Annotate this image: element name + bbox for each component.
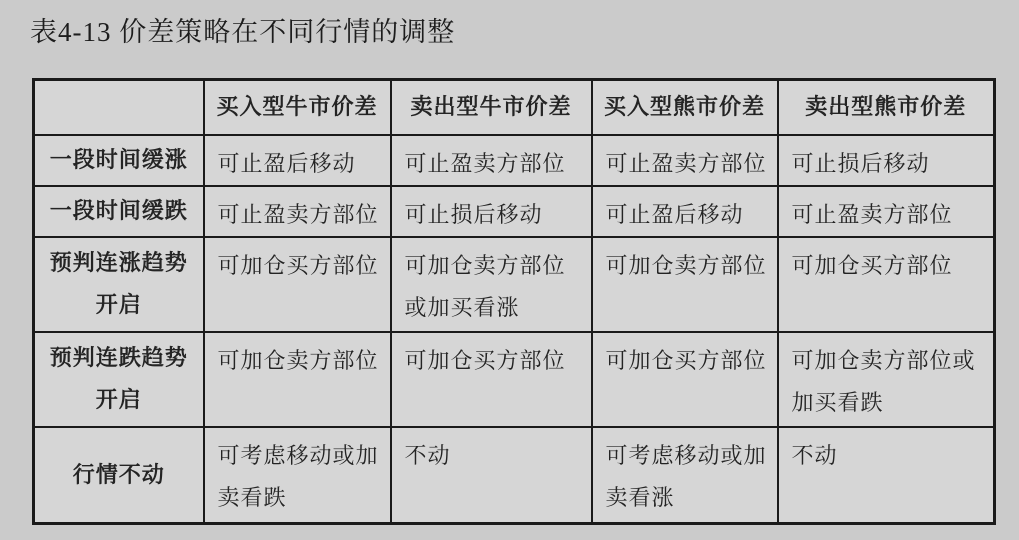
- table-row-slow-fall: 一段时间缓跌 可止盈卖方部位 可止损后移动 可止盈后移动 可止盈卖方部位: [34, 186, 995, 237]
- table-cell: 可加仓卖方部位 或加买看涨: [391, 237, 592, 332]
- row-label: 一段时间缓涨: [34, 135, 204, 186]
- table-cell: 不动: [391, 427, 592, 524]
- table-cell: 可加仓买方部位: [778, 237, 995, 332]
- table-header-row: 买入型牛市价差 卖出型牛市价差 买入型熊市价差 卖出型熊市价差: [34, 80, 995, 135]
- table-caption: 表4-13 价差策略在不同行情的调整: [30, 10, 455, 49]
- table-cell: 不动: [778, 427, 995, 524]
- row-label: 预判连涨趋势 开启: [34, 237, 204, 332]
- table-cell: 可止盈后移动: [204, 135, 391, 186]
- row-label: 预判连跌趋势 开启: [34, 332, 204, 427]
- header-cell-sell-bull-spread: 卖出型牛市价差: [391, 80, 592, 135]
- table-cell: 可止盈后移动: [592, 186, 778, 237]
- table-cell: 可加仓卖方部位或 加买看跌: [778, 332, 995, 427]
- table-cell: 可止损后移动: [778, 135, 995, 186]
- table-cell: 可考虑移动或加 卖看跌: [204, 427, 391, 524]
- header-cell-empty: [34, 80, 204, 135]
- table-cell: 可加仓买方部位: [391, 332, 592, 427]
- header-cell-sell-bear-spread: 卖出型熊市价差: [778, 80, 995, 135]
- table-row-downtrend-expected: 预判连跌趋势 开启 可加仓卖方部位 可加仓买方部位 可加仓买方部位 可加仓卖方部…: [34, 332, 995, 427]
- table-cell: 可止盈卖方部位: [592, 135, 778, 186]
- header-cell-buy-bull-spread: 买入型牛市价差: [204, 80, 391, 135]
- table-cell: 可加仓卖方部位: [204, 332, 391, 427]
- table-cell: 可止盈卖方部位: [204, 186, 391, 237]
- table-row-uptrend-expected: 预判连涨趋势 开启 可加仓买方部位 可加仓卖方部位 或加买看涨 可加仓卖方部位 …: [34, 237, 995, 332]
- table-cell: 可止盈卖方部位: [391, 135, 592, 186]
- table-cell: 可止损后移动: [391, 186, 592, 237]
- table-cell: 可加仓买方部位: [592, 332, 778, 427]
- table-row-market-flat: 行情不动 可考虑移动或加 卖看跌 不动 可考虑移动或加 卖看涨 不动: [34, 427, 995, 524]
- table-cell: 可加仓买方部位: [204, 237, 391, 332]
- table-cell: 可加仓卖方部位: [592, 237, 778, 332]
- table-cell: 可考虑移动或加 卖看涨: [592, 427, 778, 524]
- row-label: 一段时间缓跌: [34, 186, 204, 237]
- header-cell-buy-bear-spread: 买入型熊市价差: [592, 80, 778, 135]
- document-page: 表4-13 价差策略在不同行情的调整 买入型牛市价差 卖出型牛市价差 买入型熊市…: [0, 0, 1019, 540]
- row-label: 行情不动: [34, 427, 204, 524]
- table-row-slow-rise: 一段时间缓涨 可止盈后移动 可止盈卖方部位 可止盈卖方部位 可止损后移动: [34, 135, 995, 186]
- spread-strategy-table: 买入型牛市价差 卖出型牛市价差 买入型熊市价差 卖出型熊市价差 一段时间缓涨 可…: [32, 78, 996, 525]
- table-cell: 可止盈卖方部位: [778, 186, 995, 237]
